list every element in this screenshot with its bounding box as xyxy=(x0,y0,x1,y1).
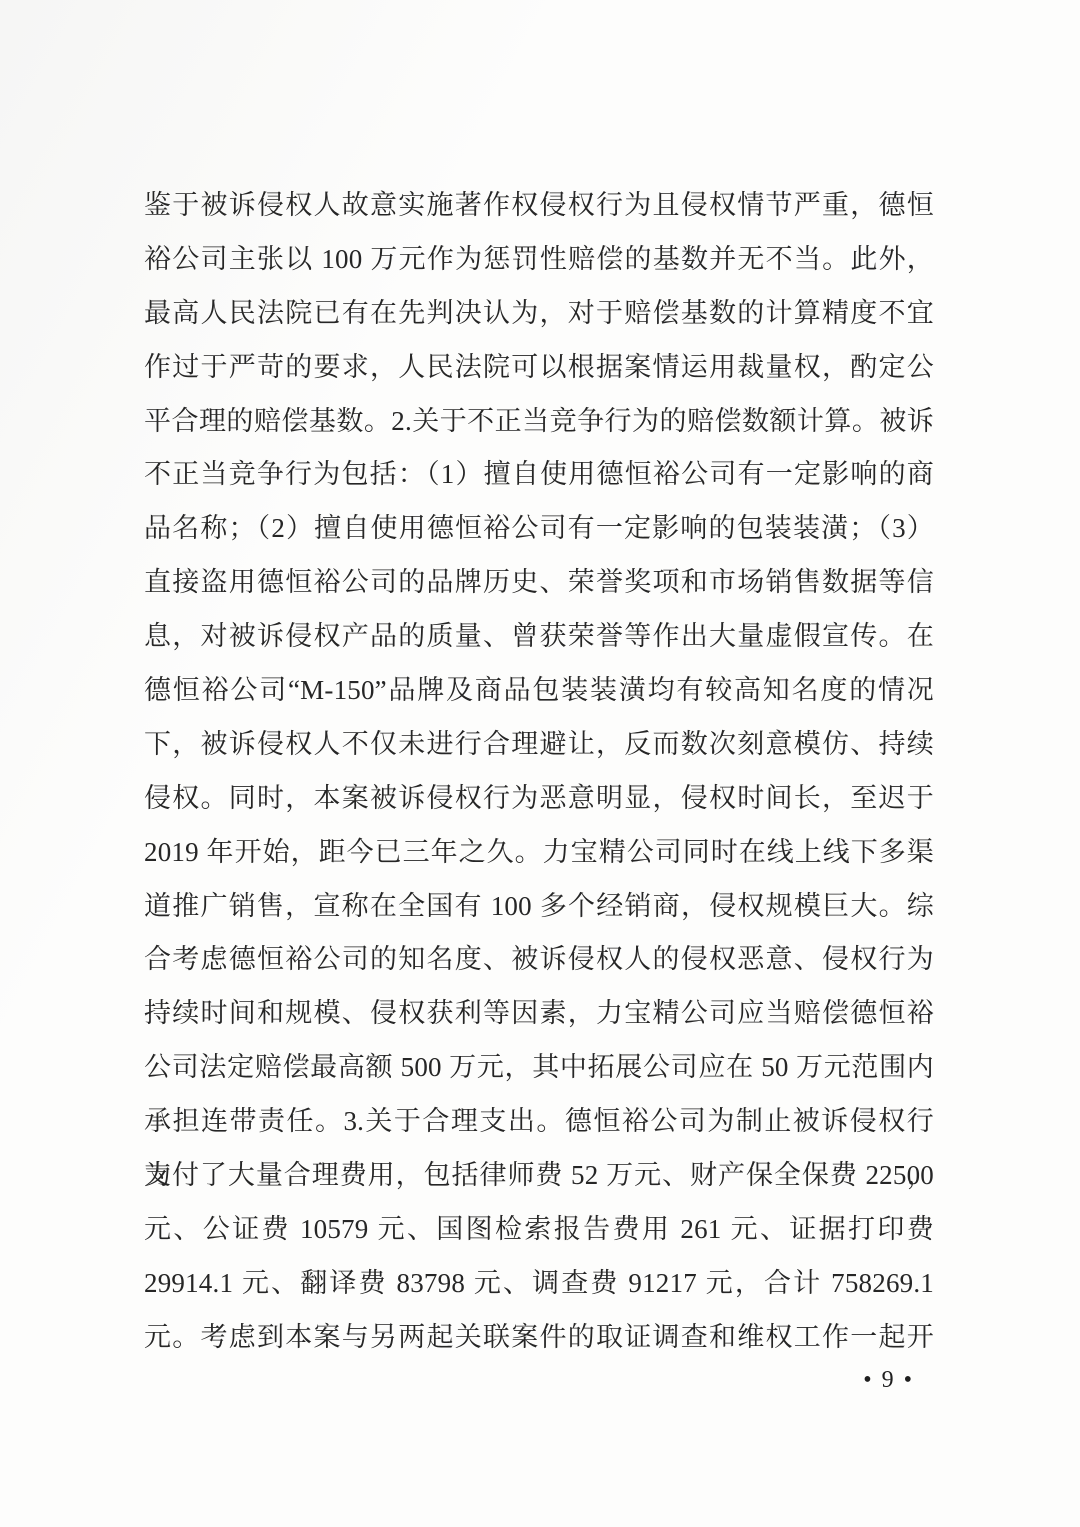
text-line: 品名称；（2）擅自使用德恒裕公司有一定影响的包装装潢；（3） xyxy=(144,502,934,556)
text-line: 作过于严苛的要求，人民法院可以根据案情运用裁量权，酌定公 xyxy=(144,341,934,395)
text-line: 最高人民法院已有在先判决认为，对于赔偿基数的计算精度不宜 xyxy=(144,287,934,341)
text-line: 公司法定赔偿最高额 500 万元，其中拓展公司应在 50 万元范围内 xyxy=(144,1041,934,1095)
text-line: 合考虑德恒裕公司的知名度、被诉侵权人的侵权恶意、侵权行为 xyxy=(144,933,934,987)
text-line: 持续时间和规模、侵权获利等因素，力宝精公司应当赔偿德恒裕 xyxy=(144,987,934,1041)
text-line: 平合理的赔偿基数。2.关于不正当竞争行为的赔偿数额计算。被诉 xyxy=(144,395,934,449)
text-line: 德恒裕公司“M-150”品牌及商品包装装潢均有较高知名度的情况 xyxy=(144,664,934,718)
judgment-body-text: 鉴于被诉侵权人故意实施著作权侵权行为且侵权情节严重，德恒裕公司主张以 100 万… xyxy=(144,179,934,1365)
text-line: 下，被诉侵权人不仅未进行合理避让，反而数次刻意模仿、持续 xyxy=(144,718,934,772)
text-line: 裕公司主张以 100 万元作为惩罚性赔偿的基数并无不当。此外， xyxy=(144,233,934,287)
document-page: 鉴于被诉侵权人故意实施著作权侵权行为且侵权情节严重，德恒裕公司主张以 100 万… xyxy=(0,0,1080,1527)
text-line: 元。考虑到本案与另两起关联案件的取证调查和维权工作一起开 xyxy=(144,1311,934,1365)
text-line: 承担连带责任。3.关于合理支出。德恒裕公司为制止被诉侵权行为， xyxy=(144,1095,934,1149)
text-line: 息，对被诉侵权产品的质量、曾获荣誉等作出大量虚假宣传。在 xyxy=(144,610,934,664)
text-line: 鉴于被诉侵权人故意实施著作权侵权行为且侵权情节严重，德恒 xyxy=(144,179,934,233)
text-line: 直接盗用德恒裕公司的品牌历史、荣誉奖项和市场销售数据等信 xyxy=(144,556,934,610)
page-number: • 9 • xyxy=(144,1363,934,1397)
text-line: 2019 年开始，距今已三年之久。力宝精公司同时在线上线下多渠 xyxy=(144,826,934,880)
text-line: 29914.1 元、翻译费 83798 元、调查费 91217 元，合计 758… xyxy=(144,1257,934,1311)
text-line: 元、公证费 10579 元、国图检索报告费用 261 元、证据打印费 xyxy=(144,1203,934,1257)
text-line: 不正当竞争行为包括：（1）擅自使用德恒裕公司有一定影响的商 xyxy=(144,448,934,502)
text-line: 道推广销售，宣称在全国有 100 多个经销商，侵权规模巨大。综 xyxy=(144,880,934,934)
text-line: 侵权。同时，本案被诉侵权行为恶意明显，侵权时间长，至迟于 xyxy=(144,772,934,826)
text-line: 支付了大量合理费用，包括律师费 52 万元、财产保全保费 22500 xyxy=(144,1149,934,1203)
